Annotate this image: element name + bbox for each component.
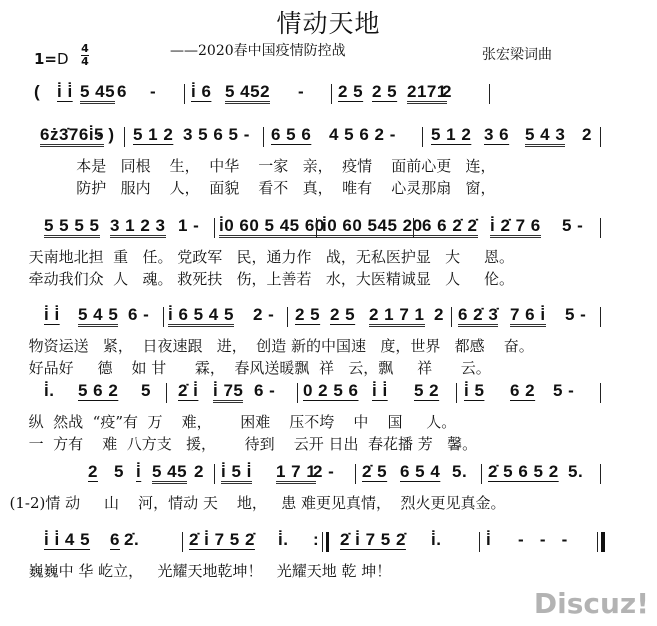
- note-group: i̇ 5 i̇: [221, 462, 252, 484]
- lyric-verse-1: 纵 然战 “疫”有 万 难， 困难 压不垮 中 国 人。: [0, 411, 657, 432]
- note-group: i̇ i̇: [372, 381, 388, 401]
- lyric-verse-1: 天南地北担 重 任。 党政军 民，通力作 战，无私医护显 大 恩。: [0, 246, 657, 267]
- note-group: 6ż3̇76i̇5: [40, 125, 104, 147]
- note-group: 5 45: [80, 82, 115, 104]
- barline: [166, 383, 167, 403]
- note-group: 2 -: [313, 462, 334, 482]
- note-group: 2 5: [330, 305, 355, 325]
- notation-line: 25i̇5 452i̇ 5 i̇1 7 12 -2̇ 56 5 45.2̇ 5 …: [0, 462, 657, 492]
- note-group: 4 5 6 2 -: [329, 125, 396, 145]
- note-group: i̇.: [278, 530, 288, 550]
- barline: [600, 383, 601, 403]
- barline: [481, 464, 482, 484]
- note-group: 2̇ 5 6 5 2: [488, 462, 559, 482]
- barline: [316, 218, 317, 238]
- time-signature-bottom: 4: [81, 55, 89, 68]
- note-group: i̇.: [431, 530, 441, 550]
- barline: [297, 383, 298, 403]
- note-group: 5 452: [225, 82, 270, 104]
- note-group: i̇0 60 5 45 60: [219, 216, 325, 238]
- note-group: i̇ i̇: [57, 82, 73, 102]
- note-group: 5 -: [565, 305, 586, 325]
- note-group: - - -: [518, 530, 568, 550]
- note-group: 2: [88, 462, 98, 482]
- barline: [600, 127, 601, 147]
- barline: [600, 464, 601, 484]
- note-group: (: [34, 82, 40, 102]
- note-group: i̇: [136, 462, 141, 482]
- notation-line: 6ż3̇76i̇5- )5 1 23 5 6 5 -6 5 64 5 6 2 -…: [0, 125, 657, 155]
- note-group: 1 -: [178, 216, 199, 236]
- barline: [600, 218, 601, 238]
- lyric-verse-2: 防护 服内 人， 面貌 看不 真， 唯有 心灵那扇 窗，: [0, 177, 657, 198]
- song-title: 情动天地: [0, 4, 657, 40]
- note-group: 6: [117, 82, 127, 102]
- note-group: 7 6 i̇: [510, 305, 546, 327]
- note-group: i̇ 75: [213, 381, 243, 403]
- lyric-verse-1: 巍巍中 华 屹立， 光耀天地乾坤！ 光耀天地 乾 坤！: [0, 560, 657, 581]
- score-row: i̇.5 6 252̇ i̇i̇ 756 -0 2 5 6i̇ i̇5 2i̇ …: [0, 381, 657, 471]
- barline: [600, 307, 601, 327]
- note-group: 6 2: [510, 381, 535, 401]
- note-group: i̇ i̇: [44, 305, 60, 325]
- note-group: 2: [434, 305, 444, 325]
- barline: [355, 464, 356, 484]
- barline: [287, 307, 288, 327]
- note-group: 5 4 5: [78, 305, 118, 327]
- note-group: i̇: [486, 530, 491, 550]
- barline: [214, 464, 215, 484]
- note-group: i̇ 5: [464, 381, 484, 401]
- barline: [479, 532, 480, 552]
- note-group: 2171: [407, 82, 447, 104]
- score-row: 5 5 5 53 1 2 31 -i̇0 60 5 45 60i̇0 60 54…: [0, 216, 657, 306]
- note-group: 0 2 5 6: [303, 381, 359, 401]
- note-group: 5 5 5 5: [44, 216, 100, 238]
- double-barline-thick: [326, 532, 329, 552]
- lyric-verse-2: 牵动我们众 人 魂。 救死扶 伤，上善若 水，大医精诚显 人 伦。: [0, 268, 657, 289]
- note-group: 6 2̇ 3̇: [458, 305, 498, 327]
- note-group: 1 7 1: [276, 462, 316, 484]
- note-group: 2̇ i̇ 7 5 2̇: [340, 530, 406, 550]
- note-group: i̇0 60 545 20: [322, 216, 423, 238]
- note-group: 5 45: [152, 462, 187, 484]
- barline: [184, 84, 185, 104]
- note-group: 5: [141, 381, 151, 401]
- song-subtitle: ——2020春中国疫情防控战: [170, 40, 346, 60]
- key-name: D: [57, 50, 69, 68]
- note-group: 2 5: [295, 305, 320, 325]
- note-group: i̇ i̇ 4 5: [44, 530, 90, 550]
- key-prefix: 1=: [34, 50, 57, 68]
- barline: [263, 127, 264, 147]
- notation-line: (i̇ i̇5 456-i̇ 65 452-2 52 521712: [0, 82, 657, 112]
- barline: [331, 84, 332, 104]
- note-group: 2̇.: [124, 530, 139, 550]
- note-group: 2̇ 5: [362, 462, 387, 482]
- note-group: 6 -: [254, 381, 275, 401]
- note-group: 6: [110, 530, 120, 550]
- barline: [422, 127, 423, 147]
- note-group: 6 6 2̇ 2̇: [422, 216, 478, 238]
- notation-line: i̇ i̇ 4 562̇.2̇ i̇ 7 5 2̇i̇.:2̇ i̇ 7 5 2…: [0, 530, 657, 560]
- note-group: 3 1 2 3: [110, 216, 166, 238]
- note-group: 6 5 4: [400, 462, 440, 482]
- note-group: 5.: [568, 462, 583, 482]
- note-group: 5 -: [562, 216, 583, 236]
- note-group: 3 6: [484, 125, 509, 145]
- notation-line: i̇ i̇5 4 56 -i̇ 6 5 4 52 -2 52 52 1 7 12…: [0, 305, 657, 335]
- note-group: 6 5 6: [271, 125, 311, 145]
- lyric-verse-2: 好品好 德 如 甘 霖， 春风送暖飘 祥 云，飘 祥 云。: [0, 357, 657, 378]
- discuz-watermark: Discuz!: [534, 587, 649, 620]
- note-group: 2: [582, 125, 592, 145]
- note-group: 2 -: [253, 305, 274, 325]
- note-group: i̇ 6 5 4 5: [168, 305, 234, 327]
- note-group: i̇ 2̇ 7 6: [490, 216, 541, 238]
- note-group: :: [313, 530, 319, 550]
- note-group: 3 5 6 5 -: [183, 125, 250, 145]
- note-group: 2: [442, 82, 452, 102]
- note-group: 2 1 7 1: [369, 305, 425, 327]
- time-signature: 4 4: [81, 43, 89, 68]
- barline: [214, 218, 215, 238]
- note-group: 2 5: [372, 82, 397, 102]
- barline: [124, 127, 125, 147]
- note-group: -: [298, 82, 304, 102]
- lyric-verse-1: 物资运送 紧， 日夜速跟 进， 创造 新的中国速 度，世界 都感 奋。: [0, 335, 657, 356]
- note-group: 5 1 2: [431, 125, 471, 145]
- note-group: i̇.: [44, 381, 54, 401]
- score-row: 6ż3̇76i̇5- )5 1 23 5 6 5 -6 5 64 5 6 2 -…: [0, 125, 657, 215]
- note-group: 5 4 3: [525, 125, 565, 147]
- note-group: 5.: [452, 462, 467, 482]
- key-signature: 1=D: [34, 50, 69, 68]
- barline: [182, 532, 183, 552]
- composer-credit: 张宏梁词曲: [482, 44, 552, 64]
- time-signature-top: 4: [81, 42, 89, 55]
- note-group: 5 1 2: [133, 125, 173, 145]
- note-group: - ): [97, 125, 115, 145]
- note-group: 5 2: [414, 381, 439, 401]
- note-group: i̇ 6: [191, 82, 211, 102]
- barline: [163, 307, 164, 327]
- notation-line: i̇.5 6 252̇ i̇i̇ 756 -0 2 5 6i̇ i̇5 2i̇ …: [0, 381, 657, 411]
- note-group: 2: [194, 462, 204, 482]
- notation-line: 5 5 5 53 1 2 31 -i̇0 60 5 45 60i̇0 60 54…: [0, 216, 657, 246]
- barline: [451, 307, 452, 327]
- note-group: 5 -: [553, 381, 574, 401]
- note-group: 2 5: [338, 82, 363, 102]
- lyric-verse-1: (1-2)情 动 山 河，情动 天 地， 患 难更见真情， 烈火更见真金。: [0, 492, 657, 513]
- note-group: 5 6 2: [78, 381, 118, 401]
- note-group: 5: [114, 462, 124, 482]
- note-group: -: [150, 82, 156, 102]
- lyric-verse-2: 一 方有 难 八方支 援， 待到 云开 日出 春花播 芳 馨。: [0, 433, 657, 454]
- barline: [489, 84, 490, 104]
- note-group: 2̇ i̇: [178, 381, 198, 401]
- note-group: 6 -: [128, 305, 149, 325]
- barline: [456, 383, 457, 403]
- lyric-verse-1: 本是 同根 生， 中华 一家 亲， 疫情 面前心更 连，: [0, 155, 657, 176]
- note-group: 2̇ i̇ 7 5 2̇: [189, 530, 255, 550]
- double-barline-thin: [597, 532, 598, 552]
- double-barline-thick: [601, 532, 605, 552]
- barline: [413, 218, 414, 238]
- double-barline-thin: [322, 532, 323, 552]
